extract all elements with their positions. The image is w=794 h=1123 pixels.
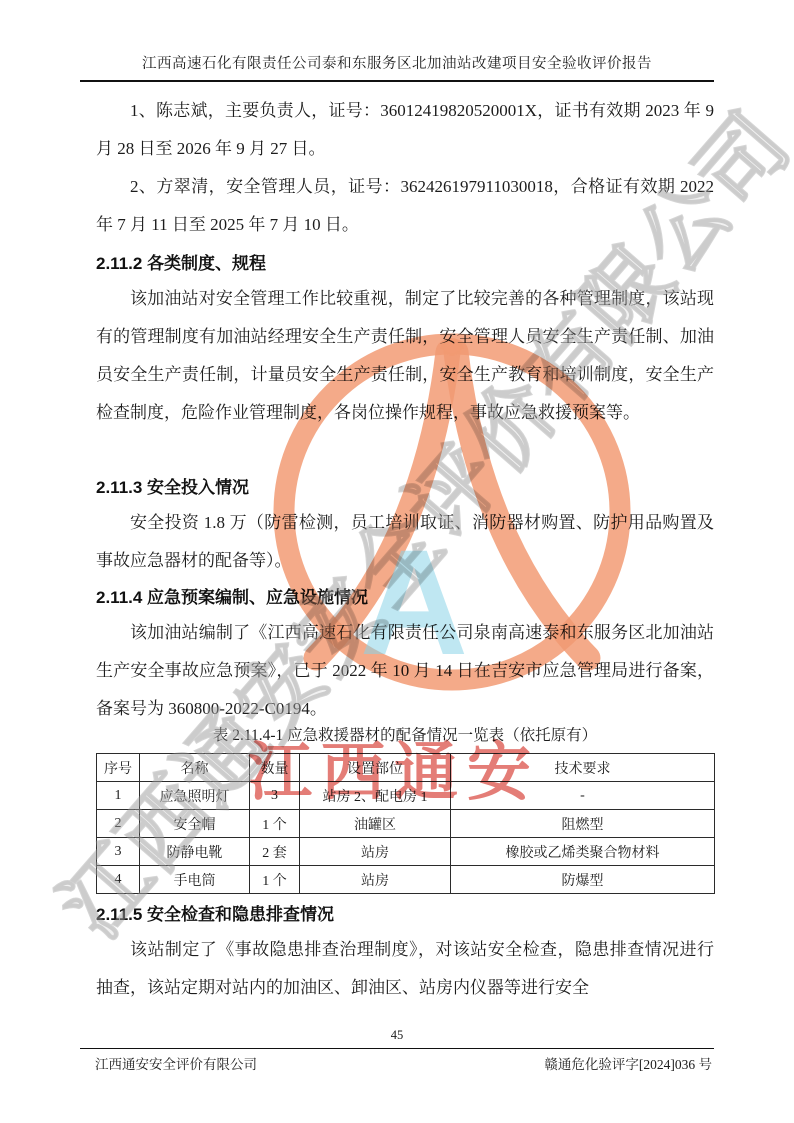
col-header: 序号 bbox=[97, 754, 140, 782]
heading-2-11-4: 2.11.4 应急预案编制、应急设施情况 bbox=[96, 586, 714, 610]
cell: 橡胶或乙烯类聚合物材料 bbox=[451, 838, 715, 866]
page-header: 江西高速石化有限责任公司泰和东服务区北加油站改建项目安全验收评价报告 bbox=[80, 52, 714, 82]
col-header: 数量 bbox=[250, 754, 300, 782]
cell: 安全帽 bbox=[140, 810, 250, 838]
paragraph-2-11-4: 该加油站编制了《江西高速石化有限责任公司泉南高速泰和东服务区北加油站生产安全事故… bbox=[96, 614, 714, 728]
cell: 2 套 bbox=[250, 838, 300, 866]
cell: 3 bbox=[97, 838, 140, 866]
table-row: 2 安全帽 1 个 油罐区 阻燃型 bbox=[97, 810, 715, 838]
paragraph-person-1: 1、陈志斌，主要负责人，证号：36012419820520001X，证书有效期 … bbox=[96, 92, 714, 168]
cell: - bbox=[451, 782, 715, 810]
report-title: 江西高速石化有限责任公司泰和东服务区北加油站改建项目安全验收评价报告 bbox=[142, 56, 652, 72]
cell: 3 bbox=[250, 782, 300, 810]
table-caption: 表 2.11.4-1 应急救援器材的配备情况一览表（依托原有） bbox=[96, 724, 714, 748]
col-header: 名称 bbox=[140, 754, 250, 782]
equipment-table: 序号 名称 数量 设置部位 技术要求 1 应急照明灯 3 站房 2、配电房 1 … bbox=[96, 753, 715, 894]
cell: 2 bbox=[97, 810, 140, 838]
cell: 站房 bbox=[300, 838, 451, 866]
cell: 油罐区 bbox=[300, 810, 451, 838]
cell: 站房 bbox=[300, 866, 451, 894]
cell: 1 个 bbox=[250, 866, 300, 894]
page-number: 45 bbox=[0, 1028, 794, 1043]
paragraph-2-11-2: 该加油站对安全管理工作比较重视，制定了比较完善的各种管理制度，该站现有的管理制度… bbox=[96, 280, 714, 432]
paragraph-2-11-3: 安全投资 1.8 万（防雷检测，员工培训取证、消防器材购置、防护用品购置及事故应… bbox=[96, 504, 714, 580]
table-row: 3 防静电靴 2 套 站房 橡胶或乙烯类聚合物材料 bbox=[97, 838, 715, 866]
heading-2-11-2: 2.11.2 各类制度、规程 bbox=[96, 252, 714, 276]
cell: 4 bbox=[97, 866, 140, 894]
heading-2-11-3: 2.11.3 安全投入情况 bbox=[96, 476, 714, 500]
table-header-row: 序号 名称 数量 设置部位 技术要求 bbox=[97, 754, 715, 782]
document-page: 江西通安安全评价有限公司 A 江西通安 江西高速石化有限责任公司泰和东服务区北加… bbox=[0, 0, 794, 1123]
col-header: 设置部位 bbox=[300, 754, 451, 782]
footer-rule bbox=[80, 1048, 714, 1049]
table-row: 1 应急照明灯 3 站房 2、配电房 1 - bbox=[97, 782, 715, 810]
footer-company: 江西通安安全评价有限公司 bbox=[95, 1053, 257, 1073]
cell: 手电筒 bbox=[140, 866, 250, 894]
cell: 1 bbox=[97, 782, 140, 810]
cell: 阻燃型 bbox=[451, 810, 715, 838]
heading-2-11-5: 2.11.5 安全检查和隐患排查情况 bbox=[96, 903, 714, 927]
equipment-table-wrap: 序号 名称 数量 设置部位 技术要求 1 应急照明灯 3 站房 2、配电房 1 … bbox=[96, 753, 714, 894]
cell: 应急照明灯 bbox=[140, 782, 250, 810]
cell: 1 个 bbox=[250, 810, 300, 838]
col-header: 技术要求 bbox=[451, 754, 715, 782]
cell: 防爆型 bbox=[451, 866, 715, 894]
paragraph-2-11-5: 该站制定了《事故隐患排查治理制度》，对该站安全检查，隐患排查情况进行抽查，该站定… bbox=[96, 931, 714, 1007]
cell: 防静电靴 bbox=[140, 838, 250, 866]
paragraph-person-2: 2、方翠清，安全管理人员，证号：362426197911030018，合格证有效… bbox=[96, 168, 714, 244]
footer-doc-number: 赣通危化验评字[2024]036 号 bbox=[544, 1053, 712, 1073]
cell: 站房 2、配电房 1 bbox=[300, 782, 451, 810]
table-row: 4 手电筒 1 个 站房 防爆型 bbox=[97, 866, 715, 894]
